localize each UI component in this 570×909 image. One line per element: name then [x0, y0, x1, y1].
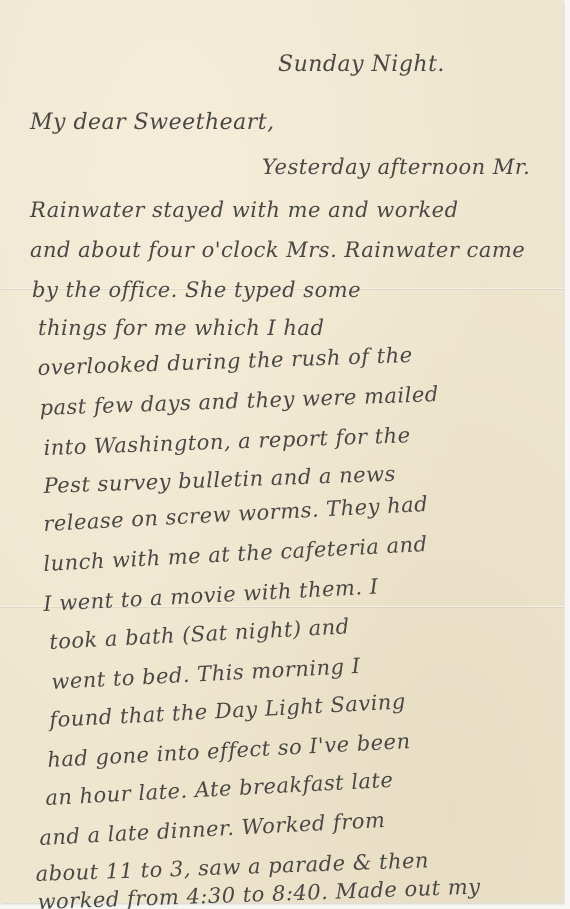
letter-line: Pest survey bulletin and a news	[43, 462, 396, 498]
letter-line: an hour late. Ate breakfast late	[45, 768, 394, 810]
letter-line: had gone into effect so I've been	[47, 729, 411, 772]
letter-line: I went to a movie with them. I	[43, 574, 379, 616]
letter-line: lunch with me at the cafeteria and	[43, 532, 428, 576]
letter-dateline: Sunday Night.	[278, 52, 445, 77]
letter-page: Sunday Night. My dear Sweetheart, Yester…	[0, 0, 563, 903]
letter-line: Yesterday afternoon Mr.	[262, 155, 530, 179]
letter-line: past few days and they were mailed	[39, 382, 439, 420]
letter-line: Rainwater stayed with me and worked	[30, 198, 459, 222]
letter-line: release on screw worms. They had	[43, 492, 429, 536]
letter-line: overlooked during the rush of the	[37, 343, 413, 380]
letter-line: by the office. She typed some	[32, 278, 361, 302]
letter-line: found that the Day Light Saving	[49, 689, 407, 732]
letter-line: things for me which I had	[38, 316, 324, 340]
letter-line: took a bath (Sat night) and	[49, 614, 350, 654]
letter-line: into Washington, a report for the	[43, 423, 411, 460]
letter-line: and about four o'clock Mrs. Rainwater ca…	[30, 238, 525, 262]
letter-line: went to bed. This morning I	[51, 654, 361, 694]
letter-salutation: My dear Sweetheart,	[30, 110, 275, 135]
letter-line: and a late dinner. Worked from	[39, 808, 386, 850]
